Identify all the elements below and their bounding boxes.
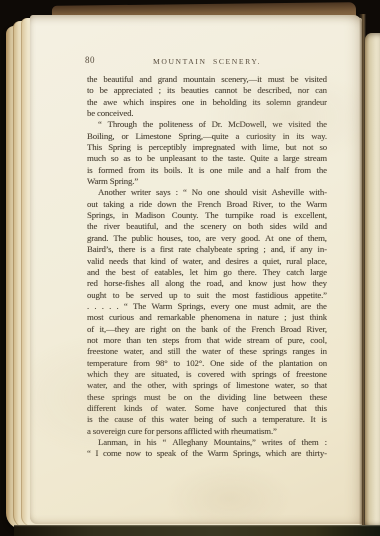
text-line: freestonewater,andstillthewaterofthesesp… — [87, 346, 327, 357]
text-line: ofit,—theyarerightonthebankoftheFrenchBr… — [87, 324, 327, 335]
running-header: MOUNTAIN SCENERY. — [87, 57, 327, 66]
text-line: Boiling,orLimestoneSpring,—quiteacuriosi… — [87, 131, 327, 142]
text-line: oughttobeserveduptosuitthemostfastidious… — [87, 290, 327, 301]
text-line: theawewhichinspiresoneinbeholdingitssole… — [87, 97, 327, 108]
book-cover-edge — [14, 525, 380, 536]
text-line: “IcomenowtospeakoftheWarmSprings,whichar… — [87, 448, 327, 459]
text-line: thebeautifulandgrandmountainscenery,—itm… — [87, 74, 327, 85]
text-line: tobeappreciated;itsbeautiescannotbedescr… — [87, 85, 327, 96]
text-line: temperaturefrom98°to102°.Onesideofthepla… — [87, 358, 327, 369]
text-line: .....“TheWarmSprings,everyonemustadmit,a… — [87, 301, 327, 312]
text-line: Warm Spring.” — [87, 176, 327, 187]
text-line: validneedsthatkindofwater,anddesiresaqui… — [87, 256, 327, 267]
text-line: thesespringsmustbeonthedividinglinebetwe… — [87, 392, 327, 403]
text-line: isthecauseofthiswaterbeingofsuchatempera… — [87, 414, 327, 425]
text-line: “ThroughthepolitenessofDr.McDowell,wevis… — [87, 119, 327, 130]
text-line: theriverbeautiful,andthesceneryonbothsid… — [87, 221, 327, 232]
text-line: Springs,inMadisonCounty.Theturnpikeroadi… — [87, 210, 327, 221]
text-line: be conceived. — [87, 108, 327, 119]
text-line: redhorse-fishesallalongtheroad,andknowju… — [87, 278, 327, 289]
text-line: ThisSpringisperceptiblyimpregnatedwithli… — [87, 142, 327, 153]
text-line: water,andtheother,withspringsoflimestone… — [87, 380, 327, 391]
text-line: whichtheyaresituated,iscoveredwithspring… — [87, 369, 327, 380]
text-line: andthebestofeatables,lethimgothere.Theyc… — [87, 267, 327, 278]
book-page: 80 MOUNTAIN SCENERY. thebeautifulandgran… — [30, 15, 362, 524]
text-line: Lanman,inhis“AlleghanyMountains,”writeso… — [87, 437, 327, 448]
text-line: muchsoastobeunpleasanttothetaste.Quiteal… — [87, 153, 327, 164]
text-line: Baird’s,thereisafirstratechalybeatesprin… — [87, 244, 327, 255]
book-scan: 80 MOUNTAIN SCENERY. thebeautifulandgran… — [0, 0, 380, 536]
facing-page-edge — [365, 33, 380, 527]
text-line: notmorethantenstepsfromthatwidestreamofp… — [87, 335, 327, 346]
text-line: a sovereign cure for persons afflicted w… — [87, 426, 327, 437]
text-line: isformedfromitsboils.Itisonemileandahalf… — [87, 165, 327, 176]
text-line: differentkindsofwater.Somehaveconjecture… — [87, 403, 327, 414]
text-line: grand.Thepublichouses,too,areverygood.At… — [87, 233, 327, 244]
text-line: Anotherwritersays:“NooneshouldvisitAshev… — [87, 187, 327, 198]
text-line: mostcuriousandremarkablephenomenainnatur… — [87, 312, 327, 323]
text-line: outtakingaridedowntheFrenchBroadRiver,to… — [87, 199, 327, 210]
body-text: thebeautifulandgrandmountainscenery,—itm… — [87, 74, 327, 460]
